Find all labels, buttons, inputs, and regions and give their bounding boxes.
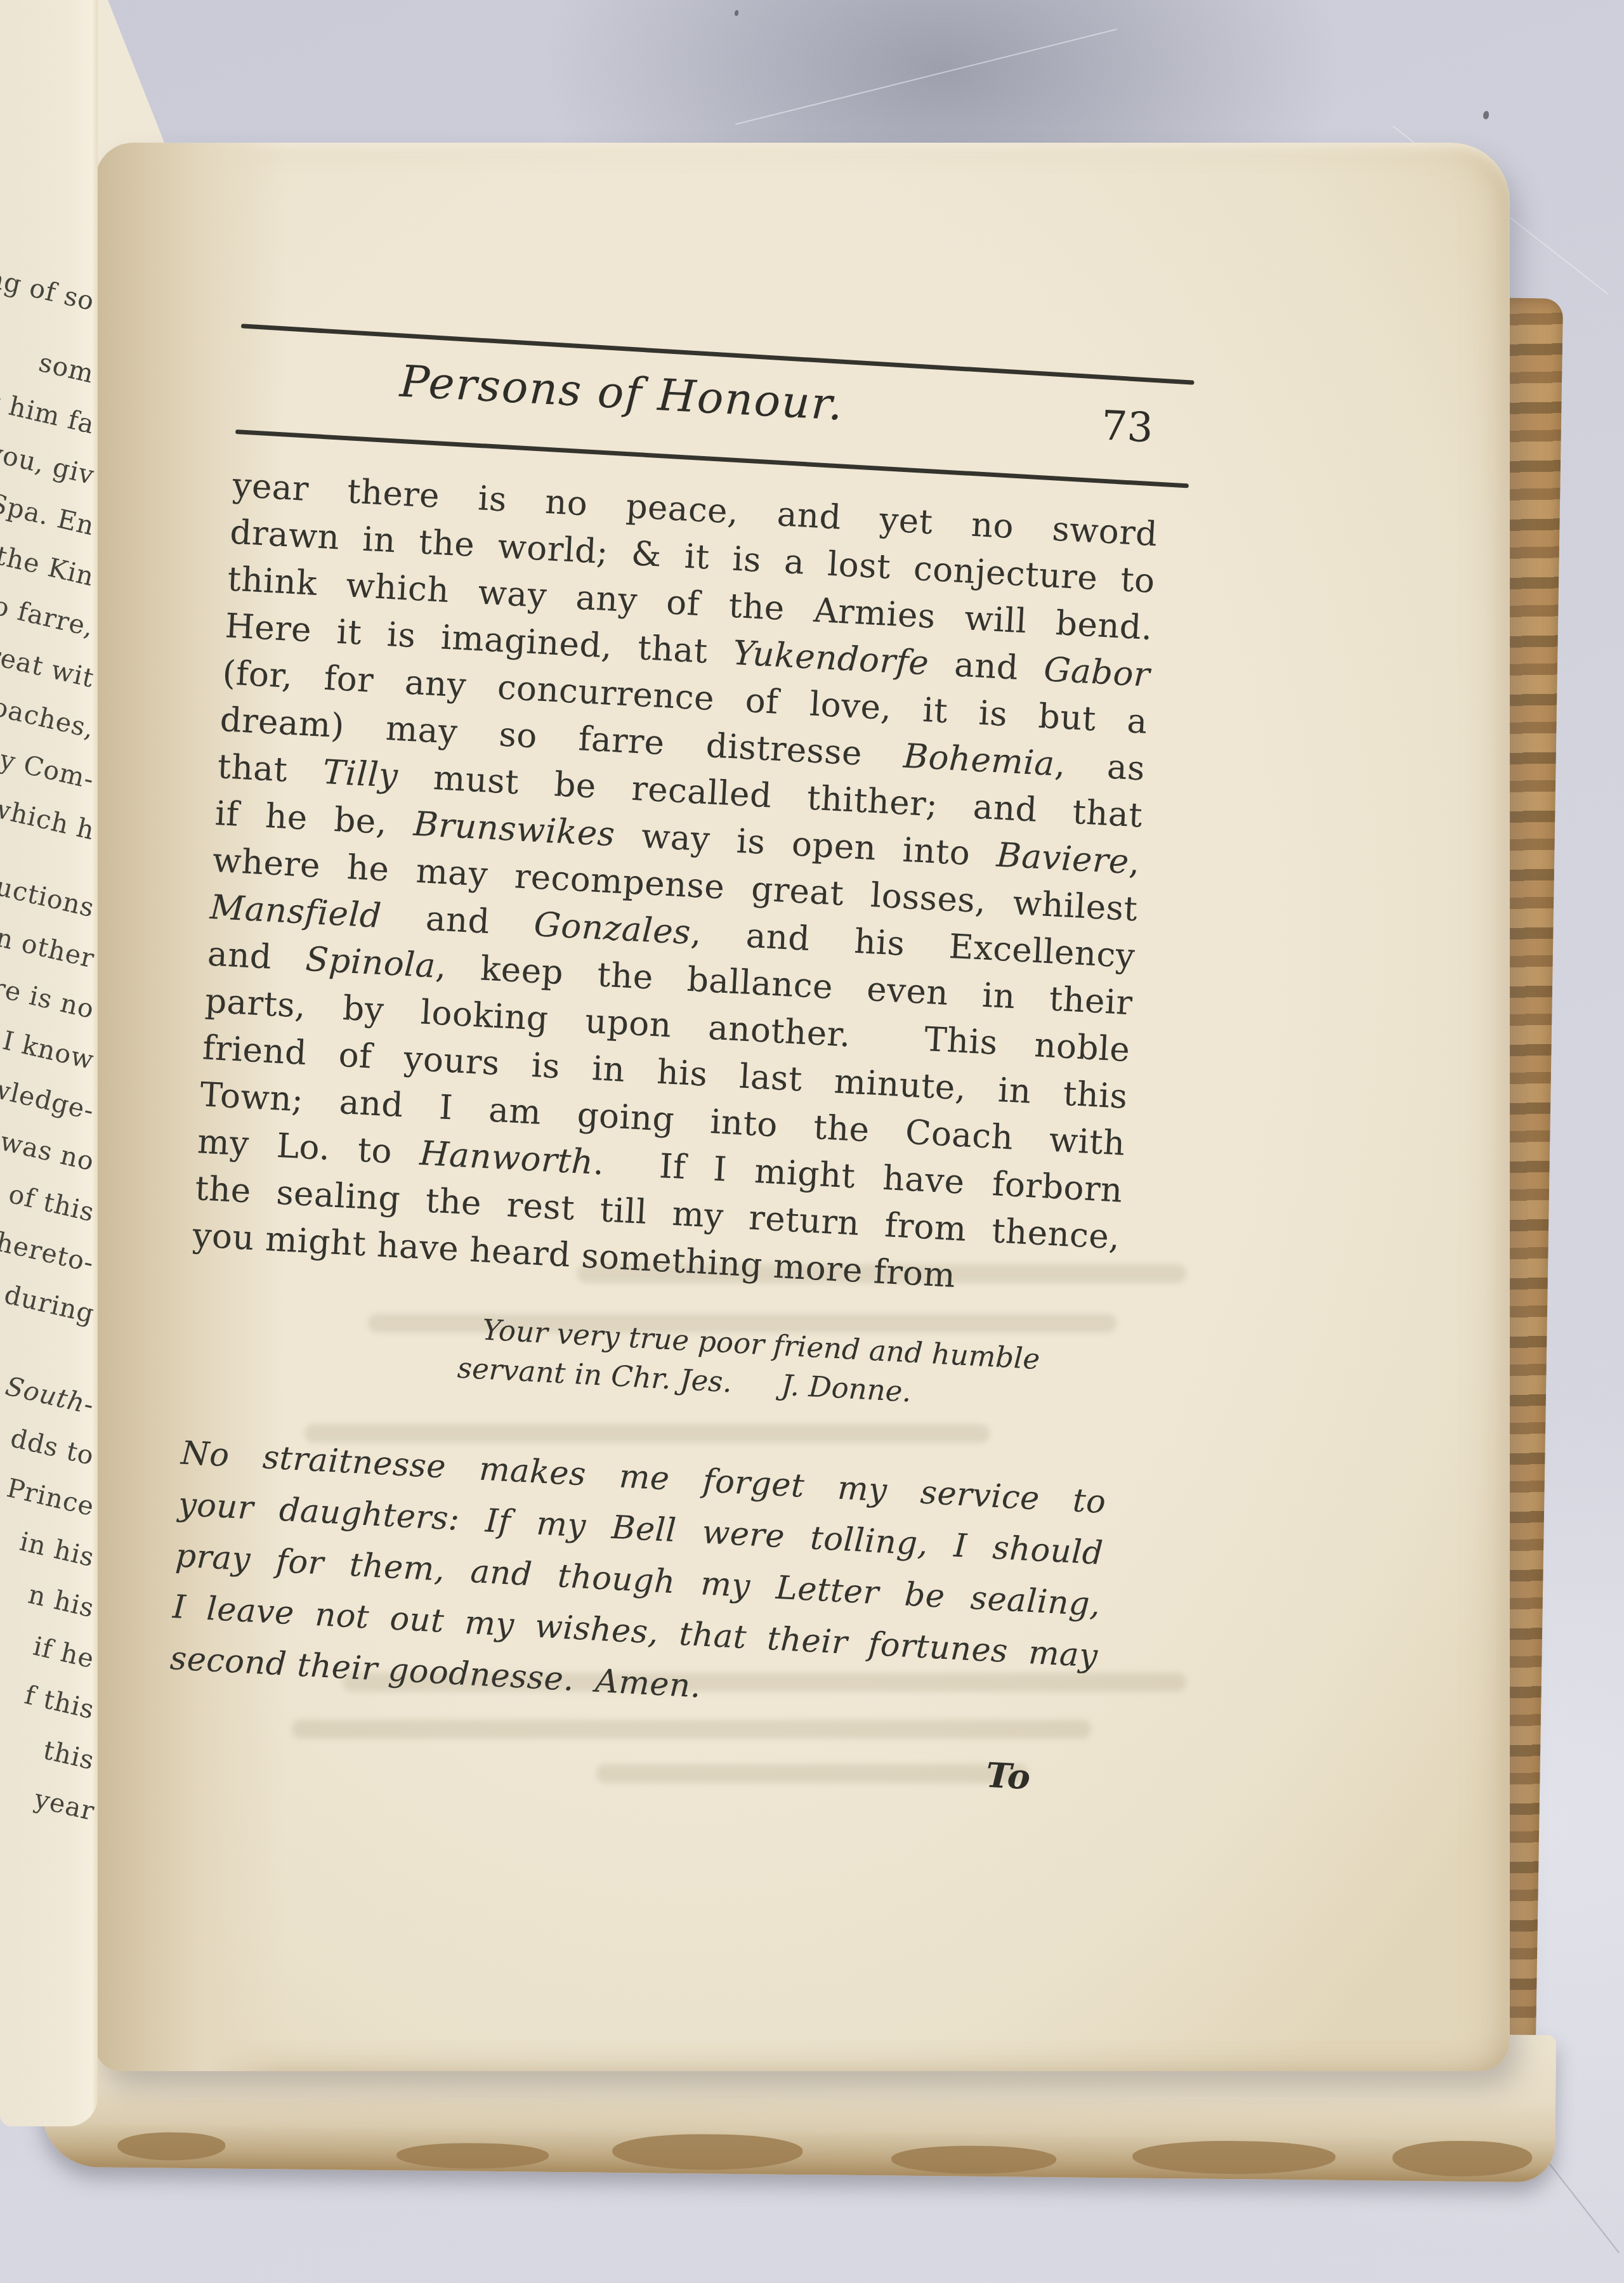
- dust-speck: [1483, 111, 1489, 119]
- left-page-line-fragment: this: [41, 1734, 98, 1776]
- left-page-line-fragment: during: [1, 1279, 97, 1329]
- deckle-blob: [891, 2145, 1056, 2175]
- left-page-strip: ming of sosomask him fato you, givow Spa…: [0, 0, 98, 2126]
- letter-body: year there is no peace, and yet no sword…: [192, 462, 1159, 1309]
- body-text: ,: [1128, 843, 1141, 882]
- proper-noun-italic: Bohemia: [903, 737, 1056, 784]
- proper-noun-italic: Gonzales: [533, 905, 691, 952]
- deckle-blob: [612, 2133, 803, 2171]
- proper-noun-italic: Tilly: [322, 753, 399, 795]
- proper-noun-italic: Brunswikes: [412, 805, 616, 854]
- left-page-line-fragment: owledge-: [0, 1069, 97, 1127]
- left-page-line-fragment: if he: [30, 1631, 97, 1675]
- left-page-line-fragment: here is no: [0, 964, 97, 1024]
- left-page-line-fragment: s of this: [0, 1174, 97, 1228]
- left-page-line-fragment: nely Com-: [0, 735, 97, 795]
- deckle-blob: [1132, 2140, 1336, 2175]
- left-page-line-fragment: ming of so: [0, 255, 97, 317]
- signature-block: Your very true poor friend and humble se…: [456, 1309, 1100, 1422]
- surface-scratch: [735, 29, 1117, 125]
- proper-noun-italic: Spinola: [304, 940, 436, 986]
- body-text: , as: [1054, 745, 1146, 788]
- left-page-line-fragment: Prince: [4, 1472, 97, 1522]
- body-text: if he be,: [214, 794, 414, 844]
- proper-noun-italic: Gabor: [1043, 650, 1151, 695]
- postscript-block: No straitnesse makes me forget my servic…: [169, 1428, 1107, 1734]
- left-page-line-fragment: structions: [0, 863, 97, 924]
- body-text: and: [207, 935, 307, 979]
- proper-noun-italic: Hanworth: [419, 1134, 594, 1182]
- signature-gap: [731, 1392, 781, 1395]
- deckle-blob: [117, 2132, 225, 2161]
- body-text: that: [216, 747, 324, 792]
- dust-speck: [735, 10, 738, 16]
- page-number: 73: [1100, 402, 1154, 452]
- left-page-line-fragment: e was no: [0, 1120, 97, 1177]
- proper-noun-italic: Yukendorfe: [732, 634, 930, 683]
- left-page-line-fragment: South-: [3, 1371, 97, 1421]
- left-page-line-fragment: dds to: [8, 1423, 97, 1472]
- deckle-blob: [396, 2142, 549, 2169]
- signature-name: J. Donne.: [780, 1368, 912, 1409]
- left-page-line-fragment: hereto-: [0, 1226, 97, 1278]
- left-page-line-fragment: an other: [0, 918, 97, 974]
- left-page-line-fragment: n his: [25, 1579, 97, 1623]
- proper-noun-italic: Mansfield: [209, 888, 383, 936]
- body-text: my Lo. to: [197, 1122, 421, 1173]
- proper-noun-italic: Baviere: [995, 836, 1130, 882]
- left-page-line-fragment: som: [36, 347, 97, 389]
- book-photo: rall ming of sosomask him fato you, givo…: [0, 0, 1624, 2283]
- body-text: and: [381, 897, 535, 944]
- left-page-line-fragment: which h: [0, 792, 97, 846]
- deckle-blob: [1392, 2140, 1533, 2177]
- page-content: Persons of Honour. 73 year there is no p…: [165, 327, 1166, 1800]
- page-title: Persons of Honour.: [237, 348, 1007, 439]
- book-page: Persons of Honour. 73 year there is no p…: [95, 143, 1510, 2071]
- left-page-line-fragment: in his: [17, 1526, 98, 1573]
- body-text: and: [928, 644, 1045, 689]
- left-page-line-fragment: f this: [22, 1680, 97, 1725]
- left-page-line-fragment: year: [32, 1783, 98, 1826]
- left-page-line-fragment: or I know: [0, 1016, 97, 1075]
